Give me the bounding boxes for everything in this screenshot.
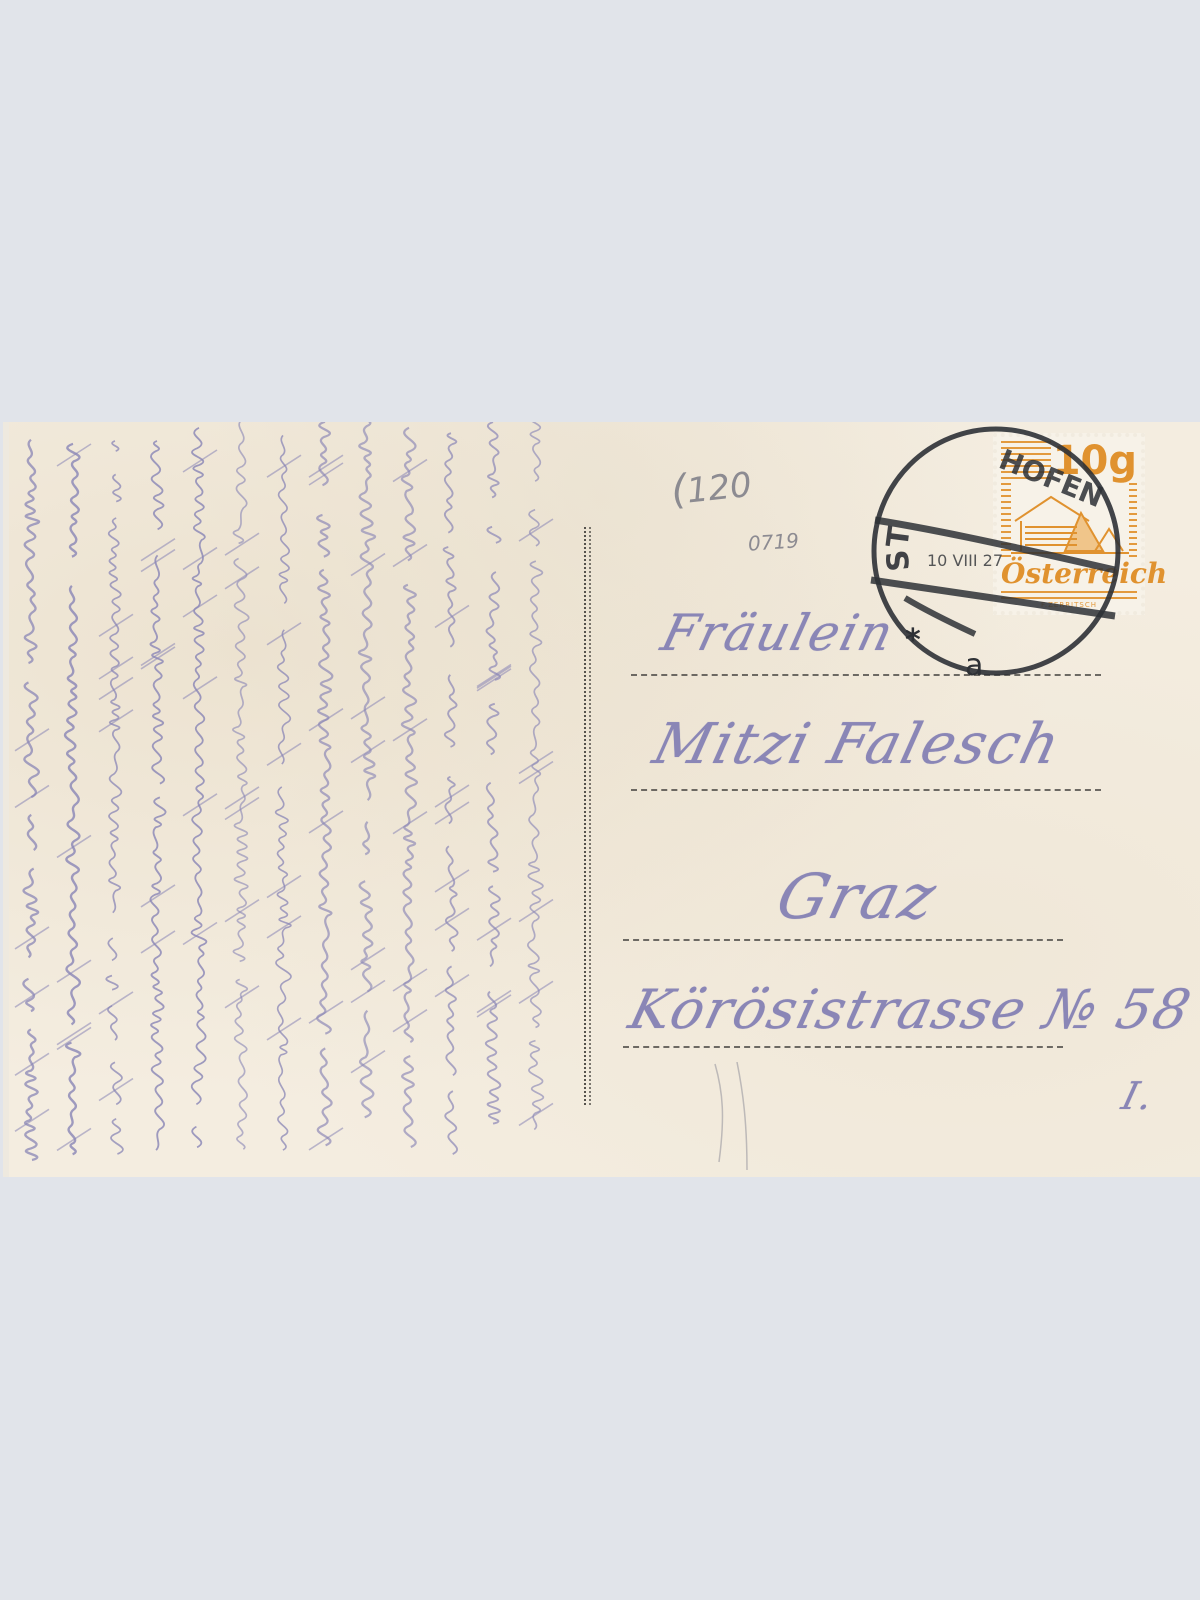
address-line-4 — [623, 1046, 1063, 1048]
svg-text:a: a — [965, 648, 983, 682]
pencil-price-note: (120 — [669, 460, 754, 514]
address-line-3 — [623, 939, 1063, 941]
svg-text:*: * — [905, 623, 921, 658]
pencil-code-note: 0719 — [747, 528, 799, 555]
address-district: I. — [1118, 1074, 1160, 1118]
svg-text:HOFEN: HOFEN — [995, 443, 1108, 514]
svg-text:10 VIII 27: 10 VIII 27 — [927, 551, 1003, 570]
postmark-cancellation: ST HOFEN 10 VIII 27 * a — [865, 422, 1127, 682]
address-street: Körösistrasse № 58 — [623, 978, 1198, 1041]
postcard: (120 0719 Fräulein Mitzi Falesch Graz Kö… — [3, 422, 1200, 1177]
svg-text:ST: ST — [880, 524, 918, 573]
address-name: Mitzi Falesch — [647, 712, 1068, 777]
pencil-strokes — [703, 1062, 763, 1172]
handwritten-message — [3, 422, 583, 1177]
address-line-2 — [631, 789, 1101, 791]
card-divider — [583, 527, 592, 1105]
address-salutation: Fräulein — [656, 604, 901, 662]
address-city: Graz — [770, 860, 945, 933]
